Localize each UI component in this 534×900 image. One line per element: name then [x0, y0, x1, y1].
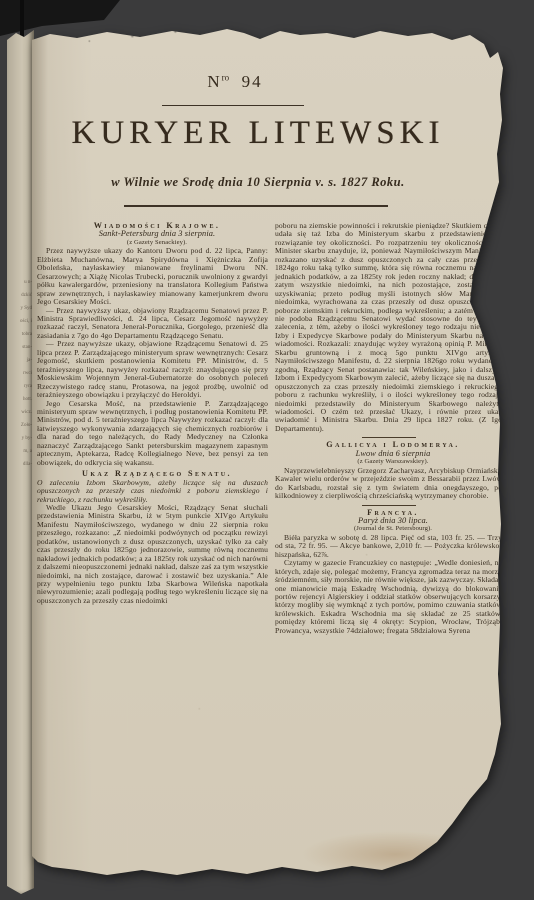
masthead-rule: [124, 205, 388, 207]
ukaz-summary: O zaleceniu Izbom Skarbowym, ażeby liczą…: [37, 479, 268, 504]
right-column: poboru na ziemskie powinności i rekrutsk…: [275, 222, 502, 635]
newspaper-page: Nro 94 KURYER LITEWSKI w Wilnie we Srodę…: [32, 24, 510, 880]
article-paragraph: — Przez naywyższe ukazy, objawione Rządz…: [37, 340, 268, 399]
masthead-title: KURYER LITEWSKI: [32, 115, 484, 152]
section-divider: [362, 505, 416, 506]
issue-rule: [162, 105, 304, 106]
lwow-dateline: Lwow dnia 6 sierpnia: [275, 450, 502, 458]
masthead-dateline: w Wilnie we Srodę dnia 10 Sierpnia v. s.…: [32, 175, 484, 190]
issue-sup: ro: [222, 72, 230, 82]
adjacent-page-edge: u n- dzkić y Syd ości, i tobra stan- ja-…: [7, 28, 34, 894]
left-column: Wiadomości Krajowe. Sankt-Petersburg dni…: [37, 222, 268, 605]
paryz-dateline: Paryż dnia 30 lipca.: [275, 517, 502, 525]
market-report-paragraph: Biéła paryzka w sobotę d. 28 lipca. Pięć…: [275, 534, 502, 559]
article-paragraph: — Przez naywyższy ukaz, objawiony Rządzą…: [37, 307, 268, 341]
article-paragraph-continuation: poboru na ziemskie powinności i rekrutsk…: [275, 222, 502, 433]
adjacent-page-text-fragments: u n- dzkić y Syd ości, i tobra stan- ja-…: [7, 28, 34, 876]
article-paragraph: Wedle Ukazu Jego Cesarskiey Mości, Rządz…: [37, 504, 268, 605]
scanned-newspaper-photo: { "header": { "issue_n": "N", "issue_sup…: [0, 0, 534, 900]
article-paragraph: Przez naywyższe ukazy do Kantoru Dworu p…: [37, 247, 268, 306]
issue-n: N: [207, 72, 221, 91]
article-paragraph: Jego Cesarska Mość, na przedstawienie P.…: [37, 400, 268, 468]
issue-number: Nro 94: [160, 72, 310, 92]
article-paragraph: Nayprzewielebnieyszy Grzegorz Zacharyasz…: [275, 467, 502, 501]
petersburg-dateline: Sankt-Petersburg dnia 3 sierpnia.: [37, 230, 268, 238]
section-divider: [362, 437, 416, 438]
article-paragraph: Czytamy w gazecie Francuzkiey co następu…: [275, 559, 502, 635]
issue-value: 94: [242, 72, 263, 91]
newspaper-page-wrap: Nro 94 KURYER LITEWSKI w Wilnie we Srodę…: [32, 24, 510, 880]
